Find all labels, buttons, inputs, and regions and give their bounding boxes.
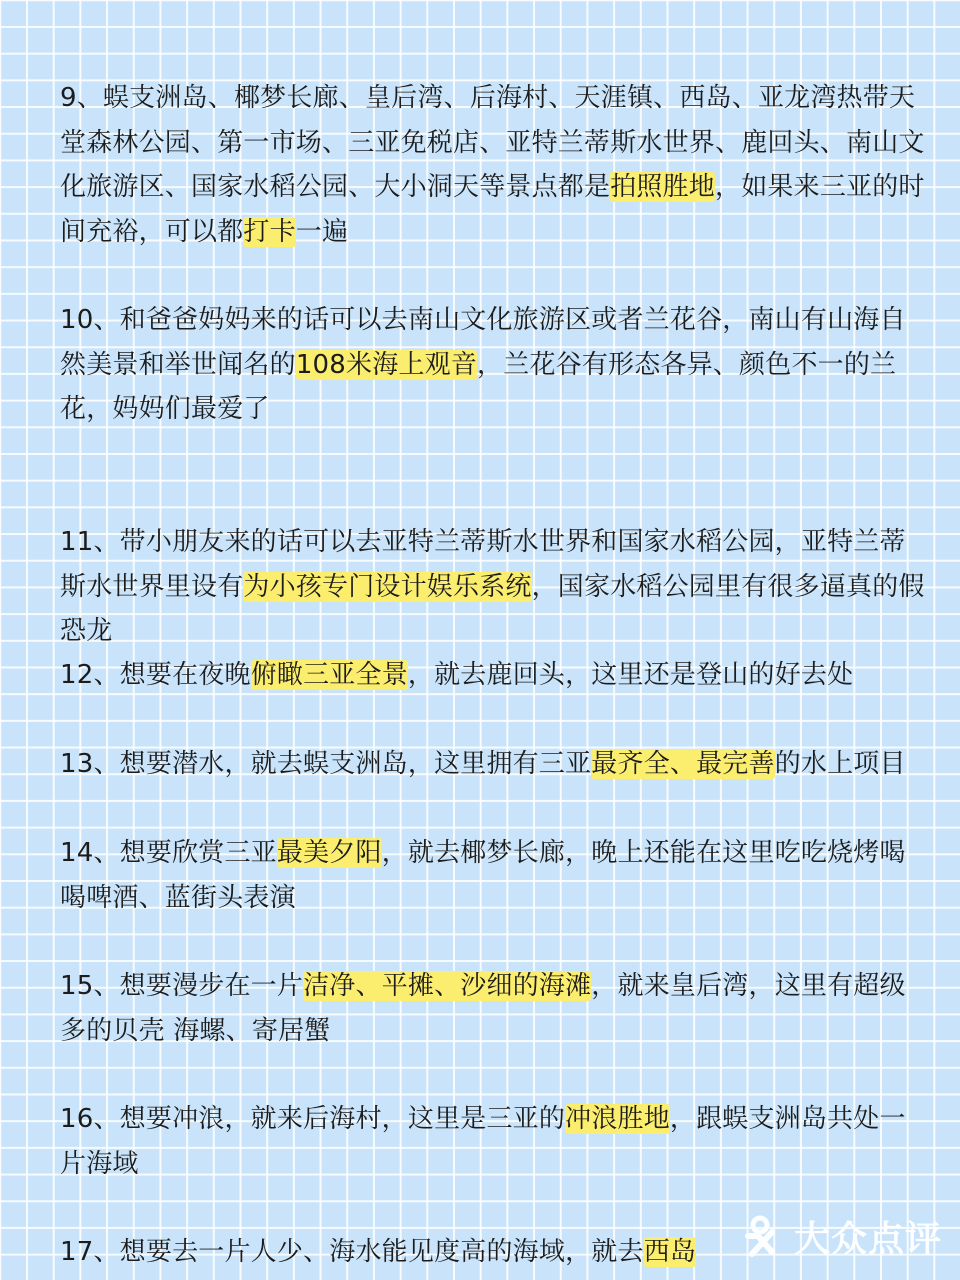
highlight: 拍照胜地 — [610, 172, 715, 202]
tip-text: 12、想要在夜晚 — [60, 660, 251, 690]
tip-item-14: 14、想要欣赏三亚最美夕阳，就去椰梦长廊，晚上还能在这里吃吃烧烤喝喝啤酒、蓝街头… — [60, 831, 930, 920]
highlight: 最美夕阳 — [277, 838, 382, 868]
tip-text: 16、想要冲浪，就来后海村，这里是三亚的 — [60, 1104, 565, 1134]
tip-text: 一遍 — [296, 217, 348, 247]
highlight: 为小孩专门设计娱乐系统 — [243, 572, 531, 602]
dianping-watermark: 大众点评 — [742, 1212, 942, 1260]
tip-item-9: 9、蜈支洲岛、椰梦长廊、皇后湾、后海村、天涯镇、西岛、亚龙湾热带天堂森林公园、第… — [60, 76, 930, 254]
tip-item-10: 10、和爸爸妈妈来的话可以去南山文化旅游区或者兰花谷，南山有山海自然美景和举世闻… — [60, 298, 930, 432]
tip-item-13: 13、想要潜水，就去蜈支洲岛，这里拥有三亚最齐全、最完善的水上项目 — [60, 742, 930, 787]
tip-text: 13、想要潜水，就去蜈支洲岛，这里拥有三亚 — [60, 749, 591, 779]
tip-item-12: 12、想要在夜晚俯瞰三亚全景，就去鹿回头，这里还是登山的好去处 — [60, 653, 930, 698]
tip-text: 的水上项目 — [775, 749, 906, 779]
dianping-person-icon — [742, 1214, 786, 1258]
highlight: 打卡 — [243, 217, 295, 247]
highlight: 洁净、平摊、沙细的海滩 — [303, 971, 591, 1001]
highlight: 西岛 — [644, 1237, 696, 1267]
watermark-text: 大众点评 — [794, 1211, 942, 1262]
tip-item-16: 16、想要冲浪，就来后海村，这里是三亚的冲浪胜地，跟蜈支洲岛共处一片海域 — [60, 1097, 930, 1186]
tip-item-15: 15、想要漫步在一片洁净、平摊、沙细的海滩，就来皇后湾，这里有超级多的贝壳 海螺… — [60, 964, 930, 1053]
tip-text: 14、想要欣赏三亚 — [60, 838, 277, 868]
highlight: 冲浪胜地 — [565, 1104, 670, 1134]
highlight: 108米海上观音 — [296, 350, 477, 380]
tip-item-11: 11、带小朋友来的话可以去亚特兰蒂斯水世界和国家水稻公园，亚特兰蒂斯水世界里设有… — [60, 520, 930, 654]
tip-text: 17、想要去一片人少、海水能见度高的海域，就去 — [60, 1237, 644, 1267]
tip-text: ，就去鹿回头，这里还是登山的好去处 — [408, 660, 853, 690]
tip-text: 15、想要漫步在一片 — [60, 971, 303, 1001]
highlight: 俯瞰三亚全景 — [251, 660, 408, 690]
highlight: 最齐全、最完善 — [591, 749, 774, 779]
